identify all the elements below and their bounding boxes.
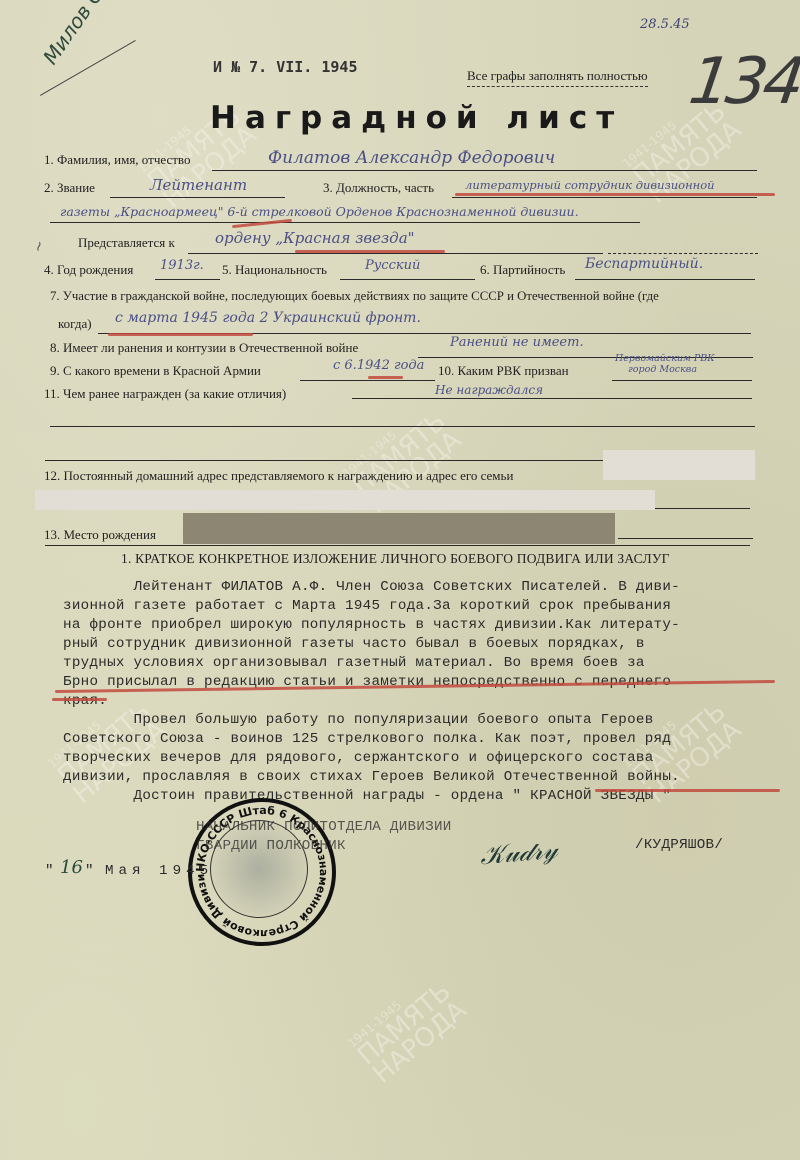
field-10-value-line2: город Москва: [628, 364, 697, 375]
field-8-value: Ранений не имеет.: [450, 335, 584, 350]
field-2-value: Лейтенант: [150, 176, 247, 194]
field-7-value: с марта 1945 года 2 Украинский фронт.: [115, 310, 421, 326]
red-underline: [108, 333, 253, 336]
field-12-line: [655, 508, 750, 509]
field-3-value-line2: газеты „Красноармеец" 6-й стрелковой Орд…: [60, 204, 579, 219]
narrative-line: рный сотрудник дивизионной газеты часто …: [63, 635, 680, 654]
field-2-line: [110, 197, 285, 198]
signer-name: /КУДРЯШОВ/: [635, 836, 723, 855]
presented-value: ордену „Красная звезда": [215, 229, 415, 247]
field-11-line-3: [45, 460, 605, 461]
field-9-line: [300, 380, 435, 381]
redacted-address: [603, 450, 755, 480]
field-12-label: 12. Постоянный домашний адрес представля…: [44, 468, 513, 484]
field-6-value: Беспартийный.: [585, 256, 703, 272]
narrative-line: на фронте приобрел широкую популярность …: [63, 616, 680, 635]
pencil-number: 134: [685, 45, 800, 119]
field-9-value: с 6.1942 года: [333, 358, 424, 373]
field-5-line: [340, 279, 475, 280]
field-4-value: 1913г.: [160, 258, 204, 273]
narrative-line: Провел большую работу по популяризации б…: [63, 711, 680, 730]
narrative-line: Достоин правительственной награды - орде…: [63, 787, 680, 806]
narrative-line: зионной газете работает с Марта 1945 год…: [63, 597, 680, 616]
field-5-value: Русский: [365, 258, 420, 273]
signature: 𝒦𝓊𝒹𝓇𝓎: [479, 835, 559, 873]
narrative-line: дивизии, прославляя в своих стихах Герое…: [63, 768, 680, 787]
field-13-label: 13. Место рождения: [44, 527, 156, 543]
red-underline: [368, 376, 403, 379]
field-1-value: Филатов Александр Федорович: [268, 148, 555, 168]
field-11-line: [352, 398, 752, 399]
red-underline: [455, 193, 775, 196]
field-5-label: 5. Национальность: [222, 262, 327, 278]
red-underline: [595, 789, 780, 792]
field-2-label: 2. Звание: [44, 180, 95, 196]
narrative-line: трудных условиях организовывал газетный …: [63, 654, 680, 673]
narrative-line: Советского Союза - воинов 125 стрелковог…: [63, 730, 680, 749]
date-rest: Мая 1945: [105, 862, 213, 881]
signer-position-2: ГВАРДИИ ПОЛКОВНИК: [196, 837, 346, 856]
field-7-label: 7. Участие в гражданской войне, последую…: [50, 289, 659, 304]
field-8-label: 8. Имеет ли ранения и контузии в Отечест…: [50, 340, 358, 356]
redacted-address-2: [35, 490, 655, 510]
field-1-label: 1. Фамилия, имя, отчество: [44, 152, 190, 168]
field-3-line: [452, 197, 757, 198]
red-underline: [52, 698, 107, 701]
field-11-value: Не награждался: [435, 383, 543, 397]
presented-line: [188, 253, 603, 254]
date-day: 16: [60, 857, 83, 878]
field-9-label: 9. С какого времени в Красной Армии: [50, 363, 261, 379]
field-13-line: [618, 538, 753, 539]
separator-line: [45, 545, 750, 546]
field-1-line: [212, 170, 757, 171]
red-underline: [295, 250, 445, 253]
presented-label: Представляется к: [78, 235, 175, 251]
signer-position-1: НАЧАЛЬНИК ПОЛИТОТДЕЛА ДИВИЗИИ: [196, 818, 452, 837]
field-4-label: 4. Год рождения: [44, 262, 133, 278]
field-6-line: [575, 279, 755, 280]
instruction-text: Все графы заполнять полностью: [467, 68, 648, 87]
date-open-quote: ": [45, 862, 54, 881]
narrative: Лейтенант ФИЛАТОВ А.Ф. Член Союза Советс…: [63, 578, 680, 806]
field-6-label: 6. Партийность: [480, 262, 565, 278]
red-underline: [232, 219, 292, 228]
field-3-line-2: [50, 222, 640, 223]
margin-note: ~: [30, 239, 48, 254]
field-3-label: 3. Должность, часть: [323, 180, 434, 196]
watermark: 1941-1945ПАМЯТЬНАРОДА: [345, 968, 470, 1087]
section-title: 1. КРАТКОЕ КОНКРЕТНОЕ ИЗЛОЖЕНИЕ ЛИЧНОГО …: [121, 551, 670, 567]
field-10-value-line1: Первомайским РВК: [615, 353, 715, 364]
field-4-line: [155, 279, 220, 280]
presented-line-dashed: [608, 253, 758, 254]
registration-stamp: И № 7. VII. 1945: [213, 58, 358, 76]
field-11-label: 11. Чем ранее награжден (за какие отличи…: [44, 386, 286, 402]
page-title: Наградной лист: [210, 100, 623, 136]
top-right-note: 28.5.45: [640, 17, 690, 32]
date-close-quote: ": [85, 862, 94, 881]
narrative-line: Лейтенант ФИЛАТОВ А.Ф. Член Союза Советс…: [63, 578, 680, 597]
redacted-birthplace: [183, 513, 615, 544]
field-11-line-2: [50, 426, 755, 427]
field-3-value-line1: литературный сотрудник дивизионной: [465, 178, 715, 192]
field-10-line: [612, 380, 752, 381]
narrative-line: края.: [63, 692, 680, 711]
field-7-label-2: когда): [58, 316, 92, 332]
narrative-line: творческих вечеров для рядового, сержант…: [63, 749, 680, 768]
field-10-label: 10. Каким РВК призван: [438, 363, 569, 379]
